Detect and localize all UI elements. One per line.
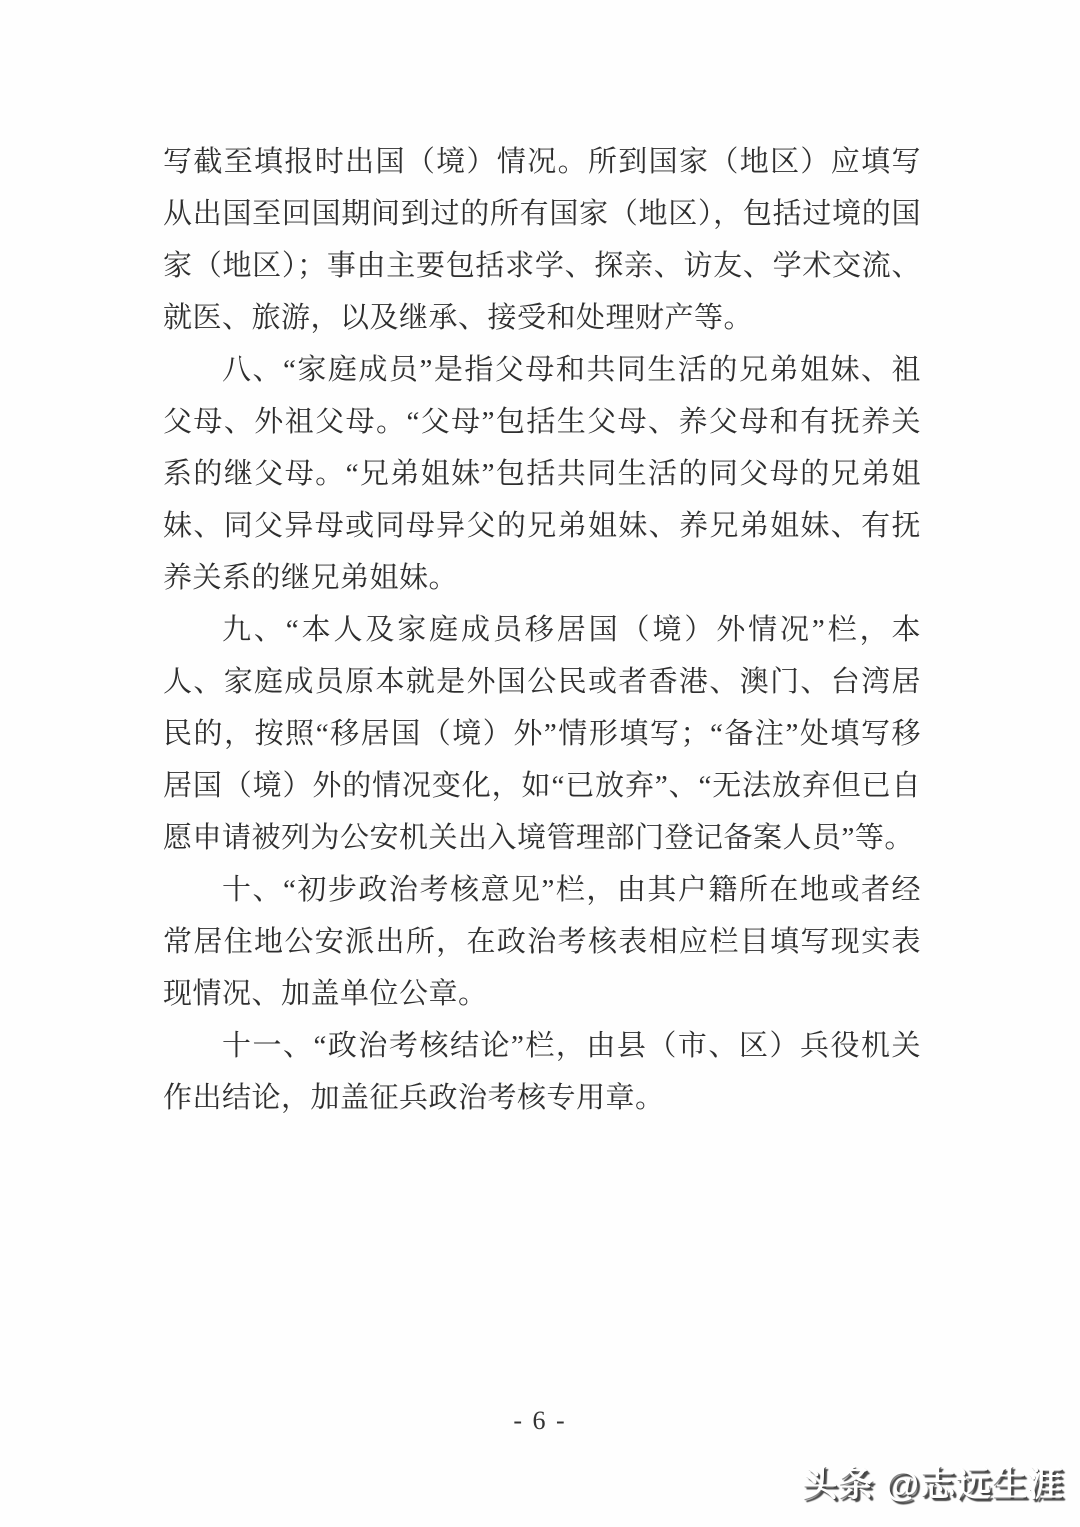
document-body: 写截至填报时出国（境）情况。所到国家（地区）应填写从出国至回国期间到过的所有国家…: [163, 136, 921, 1124]
watermark-toutiao: 头条 @志远生涯: [802, 1457, 1064, 1507]
page-number: - 6 -: [0, 1406, 1080, 1436]
paragraph-item-11: 十一、“政治考核结论”栏，由县（市、区）兵役机关作出结论，加盖征兵政治考核专用章…: [163, 1020, 921, 1124]
document-page: 写截至填报时出国（境）情况。所到国家（地区）应填写从出国至回国期间到过的所有国家…: [0, 0, 1080, 1527]
paragraph-item-8: 八、“家庭成员”是指父母和共同生活的兄弟姐妹、祖父母、外祖父母。“父母”包括生父…: [163, 344, 921, 604]
paragraph-item-10: 十、“初步政治考核意见”栏，由其户籍所在地或者经常居住地公安派出所，在政治考核表…: [163, 864, 921, 1020]
paragraph-continuation: 写截至填报时出国（境）情况。所到国家（地区）应填写从出国至回国期间到过的所有国家…: [163, 136, 921, 344]
paragraph-item-9: 九、“本人及家庭成员移居国（境）外情况”栏，本人、家庭成员原本就是外国公民或者香…: [163, 604, 921, 864]
